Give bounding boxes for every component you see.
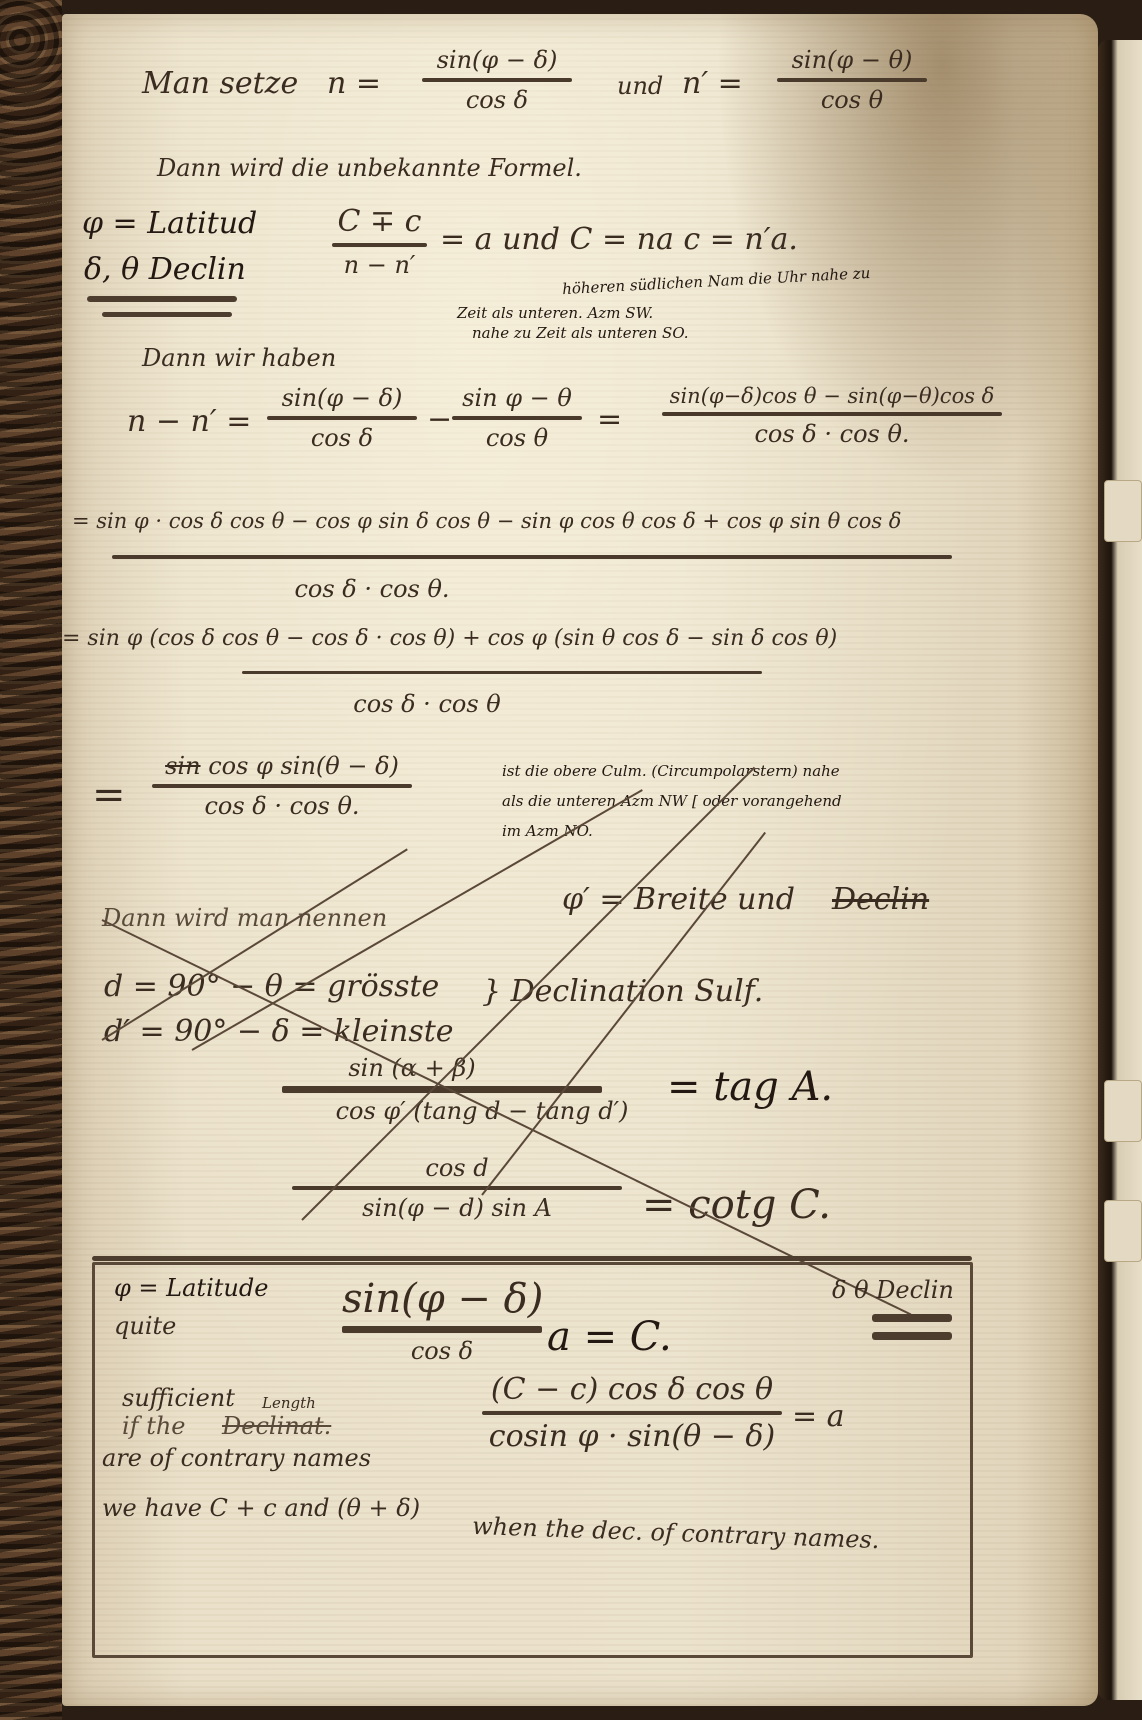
text-und: und <box>617 72 663 100</box>
note-so: nahe zu Zeit als unteren SO. <box>472 324 689 342</box>
fraction-n-prime: sin(φ − θ) cos θ <box>777 46 927 114</box>
fraction-tag-a: sin (α + β) cos φ′ (tang d − tang d′) <box>282 1054 682 1125</box>
text-n-minus-n-prime: n − n′ = <box>127 404 251 439</box>
box-note-we-have: we have C + c and (θ + δ) <box>102 1494 420 1522</box>
underline <box>102 312 232 317</box>
text-n-eq: n = <box>327 66 381 101</box>
equals-sign: = <box>597 402 622 437</box>
double-underline <box>872 1332 952 1340</box>
box-note-struck-declinat: Declinat. <box>222 1412 331 1440</box>
box-fraction-1: sin(φ − δ) cos δ <box>342 1276 542 1365</box>
fraction-n: sin(φ − δ) cos δ <box>422 46 572 114</box>
box-note-length: Length <box>262 1394 316 1412</box>
binding-tab <box>1104 1080 1142 1142</box>
separator-line <box>92 1256 972 1261</box>
fraction-c-minus-c: C ∓ c n − n′ <box>332 204 427 279</box>
box-eq-a-c: a = C. <box>547 1314 672 1360</box>
text-d-prime-least: d′ = 90° − δ = kleinste <box>104 1014 454 1049</box>
box-note-sufficient: sufficient <box>122 1384 235 1412</box>
box-phi-latitude: φ = Latitude <box>114 1274 268 1302</box>
note-azm-sw: Zeit als unteren. Azm SW. <box>457 304 653 322</box>
text-man-setze: Man setze <box>142 66 298 101</box>
fraction-sin-phi-theta: sin φ − θ cos θ <box>452 384 582 452</box>
note-upper-culmination: ist die obere Culm. (Circumpolarstern) n… <box>502 762 840 780</box>
minus-sign: − <box>427 402 452 437</box>
fraction-factored: = sin φ (cos δ cos θ − cos δ · cos θ) + … <box>62 626 942 718</box>
note-azm-nw: als die unteren Azm NW [ oder vorangehen… <box>502 792 842 810</box>
text-d-greatest: d = 90° − θ = grösste <box>104 969 439 1004</box>
fraction-expanded: = sin φ · cos δ cos θ − cos φ sin δ cos … <box>72 509 992 603</box>
box-note-quite: quite <box>114 1312 176 1340</box>
legend-phi-latitude: φ = Latitud <box>82 206 257 241</box>
struck-sin: sin <box>165 752 200 780</box>
adjacent-page-edge <box>1098 40 1142 1700</box>
binding-tab <box>1104 480 1142 542</box>
box-fraction-2: (C − c) cos δ cos θ cosin φ · sin(θ − δ) <box>482 1372 782 1454</box>
note-southern: höheren südlichen Nam die Uhr nahe zu <box>562 264 871 298</box>
struck-declin: Declin <box>832 882 929 917</box>
manuscript-page: Man setze n = sin(φ − δ) cos δ und n′ = … <box>62 14 1098 1706</box>
fraction-cotg-c: cos d sin(φ − d) sin A <box>292 1154 622 1222</box>
text-declination: } Declination Sulf. <box>482 974 763 1009</box>
text-eq-tag-a: = tag A. <box>667 1064 833 1110</box>
box-delta-theta-declin: δ θ Declin <box>832 1276 954 1304</box>
box-note-if-the: if the <box>122 1412 186 1440</box>
text-n-prime-eq: n′ = <box>682 66 743 101</box>
legend-delta-theta-declin: δ, θ Declin <box>84 252 246 287</box>
text-dann-wir-haben: Dann wir haben <box>142 344 336 372</box>
fraction-result: sin cos φ sin(θ − δ) cos δ · cos θ. <box>152 752 412 820</box>
struck-text-dann-wird: Dann wird man nennen <box>102 904 387 932</box>
double-underline <box>872 1314 952 1322</box>
box-eq-a: = a <box>792 1399 845 1434</box>
equals-sign: = <box>92 772 126 818</box>
text-phi-prime-breite: φ′ = Breite und <box>562 882 795 917</box>
binding-tab <box>1104 1200 1142 1262</box>
fraction-sin-phi-delta: sin(φ − δ) cos δ <box>267 384 417 452</box>
fraction-combined: sin(φ−δ)cos θ − sin(φ−θ)cos δ cos δ · co… <box>662 384 1002 448</box>
text-dann-wird: Dann wird die unbekannte Formel. <box>157 154 582 182</box>
underline <box>87 296 237 302</box>
book-spine-marbled <box>0 0 62 1720</box>
text-eq-a-und: = a und C = na c = n′a. <box>440 222 798 257</box>
box-note-contrary-names: are of contrary names <box>102 1444 371 1472</box>
text-eq-cotg-c: = cotg C. <box>642 1182 831 1228</box>
